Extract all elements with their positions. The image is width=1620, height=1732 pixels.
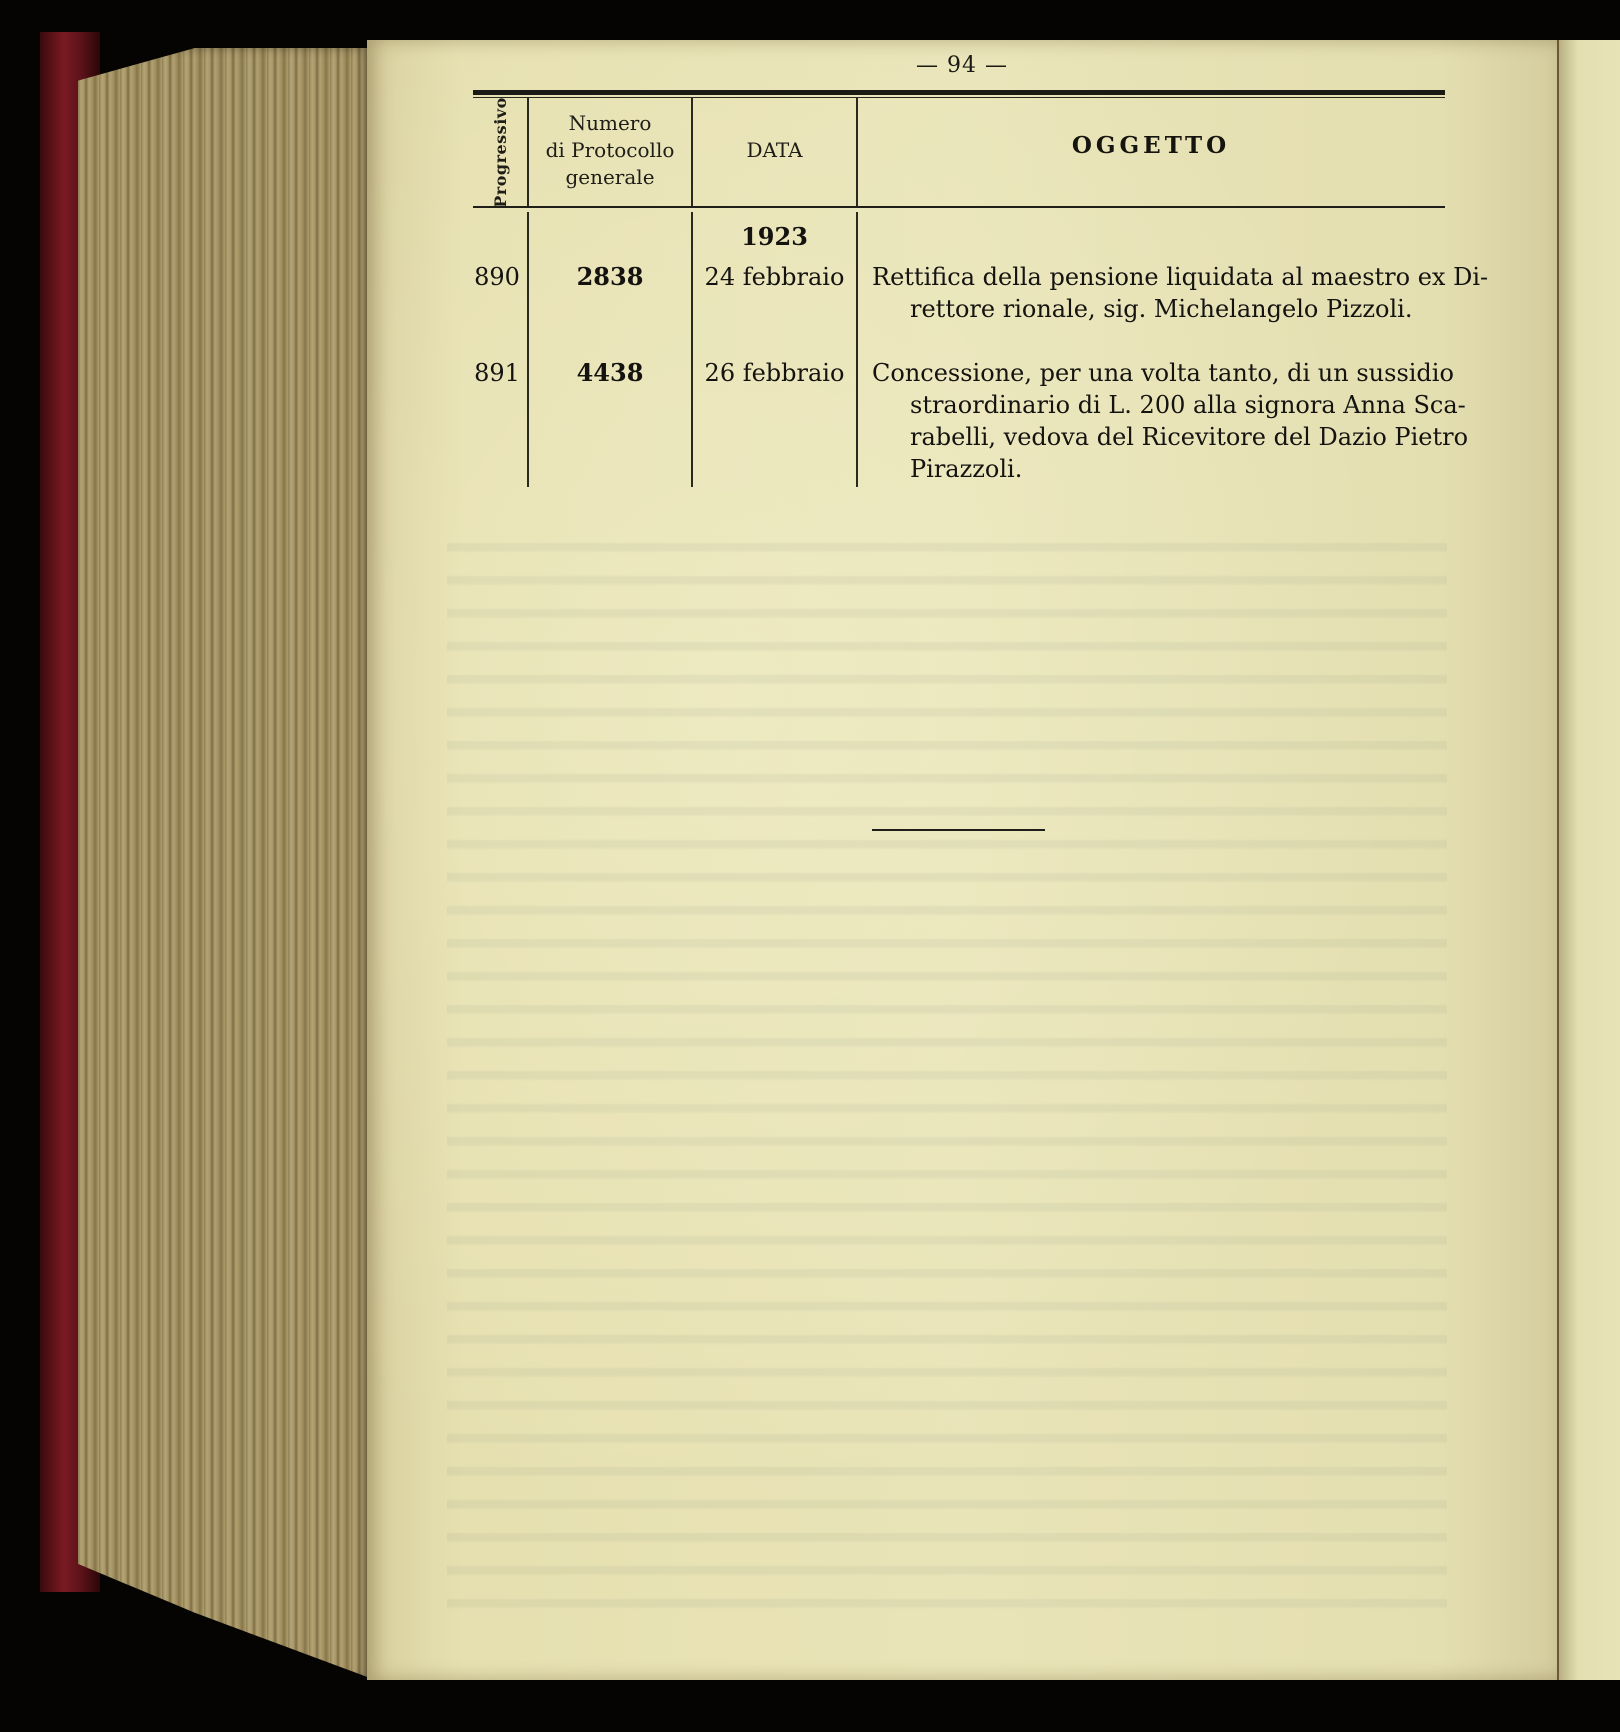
row-891-protocollo: 4438 — [529, 357, 691, 389]
facing-page-edge — [1557, 40, 1620, 1680]
row-890-progressivo: 890 — [467, 261, 527, 293]
row-891-oggetto-line: Concessione, per una volta tanto, di un … — [872, 357, 1440, 389]
row-890-oggetto-line: Rettifica della pensione liquidata al ma… — [872, 261, 1440, 293]
document-page: — 94 — Progressivo Numero di Protocollo … — [367, 40, 1557, 1680]
table-top-rule — [473, 90, 1445, 95]
show-through-text — [447, 520, 1447, 1620]
row-890-data: 24 febbraio — [693, 261, 856, 293]
body-divider-1 — [527, 212, 529, 487]
row-891-oggetto-line: Pirazzoli. — [872, 453, 1440, 485]
header-bottom-rule — [473, 206, 1445, 208]
header-protocollo-line2: di Protocollo — [529, 137, 691, 164]
row-890-oggetto-line: rettore rionale, sig. Michelangelo Pizzo… — [872, 293, 1440, 325]
closing-rule — [872, 829, 1045, 831]
header-oggetto: OGGETTO — [857, 132, 1445, 159]
row-891-oggetto-line: rabelli, vedova del Ricevitore del Dazio… — [872, 421, 1440, 453]
page-number: — 94 — — [367, 53, 1557, 78]
header-data: DATA — [693, 137, 856, 164]
row-891-progressivo: 891 — [467, 357, 527, 389]
header-protocollo: Numero di Protocollo generale — [529, 110, 691, 191]
header-protocollo-line1: Numero — [529, 110, 691, 137]
table-top-thin-rule — [473, 97, 1445, 98]
row-890-protocollo: 2838 — [529, 261, 691, 293]
row-891-oggetto: Concessione, per una volta tanto, di un … — [872, 357, 1440, 485]
body-divider-3 — [856, 212, 858, 487]
header-progressivo-label: Progressivo — [491, 97, 510, 208]
row-891-data: 26 febbraio — [693, 357, 856, 389]
header-protocollo-line3: generale — [529, 164, 691, 191]
header-progressivo: Progressivo — [475, 100, 525, 204]
page-stack — [78, 48, 370, 1678]
row-890-oggetto: Rettifica della pensione liquidata al ma… — [872, 261, 1440, 325]
year-label: 1923 — [693, 221, 856, 253]
body-divider-2 — [691, 212, 693, 487]
row-891-oggetto-line: straordinario di L. 200 alla signora Ann… — [872, 389, 1440, 421]
